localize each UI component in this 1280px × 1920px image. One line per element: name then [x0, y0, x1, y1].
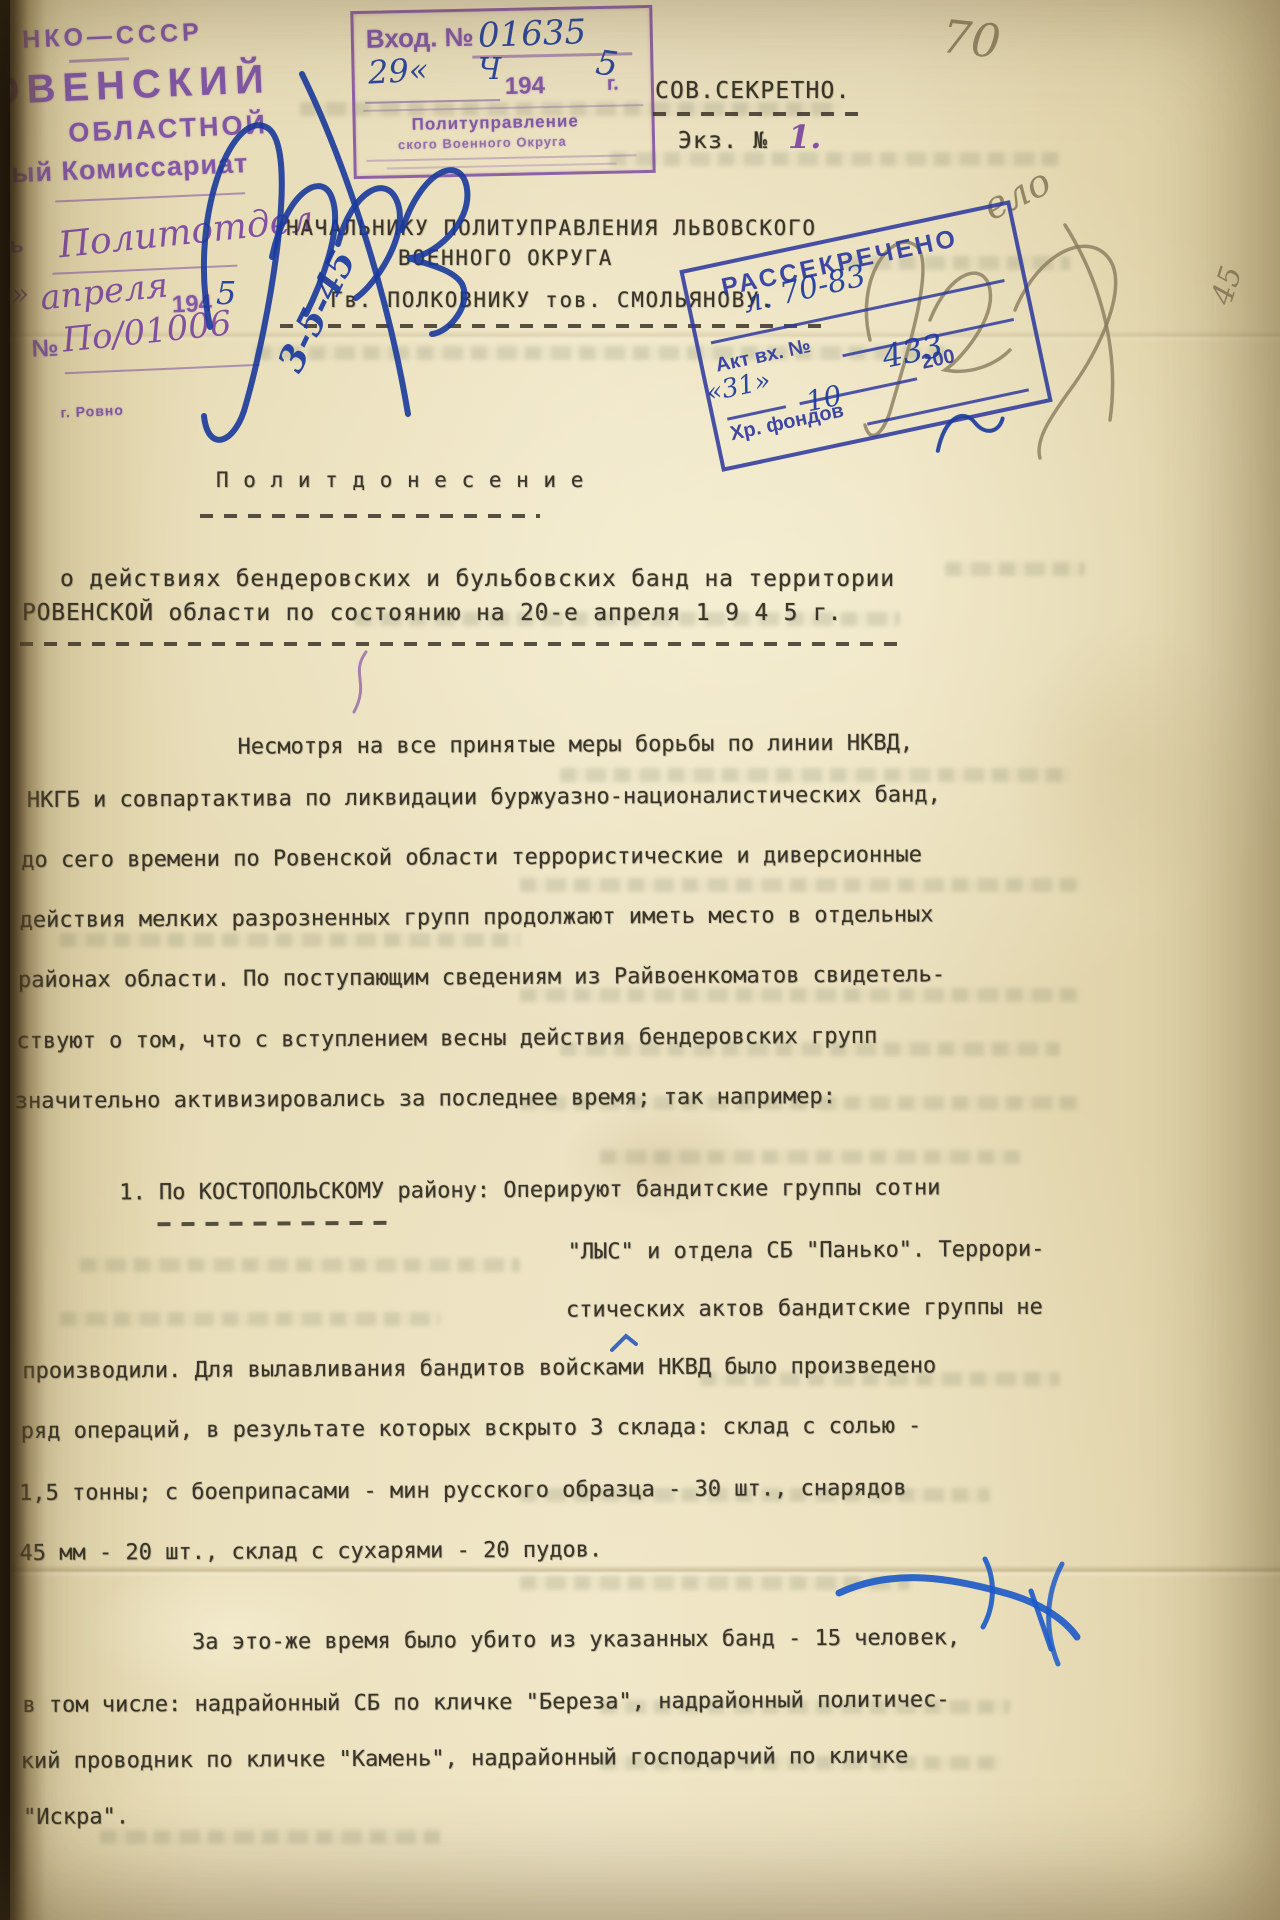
document-scan-page: НКО—СССР ОВЕНСКИЙ ОБЛАСТНОЙ ный Комиссар… [0, 0, 1280, 1920]
typed-line: производили. Для вылавливания бандитов в… [22, 1353, 936, 1384]
typed-line: Несмотря на все принятые меры борьбы по … [237, 731, 913, 760]
typed-line: НКГБ и совпартактива по ликвидации буржу… [27, 782, 941, 813]
typed-line: до сего времени по Ровенской области тер… [21, 843, 922, 874]
typed-line: стических актов бандитские группы не [566, 1295, 1043, 1323]
section-heading-underline [157, 1221, 392, 1226]
typed-line: 45 мм - 20 шт., склад с сухарями - 20 пу… [19, 1537, 602, 1566]
typed-line: 1,5 тонны; с боеприпасами - мин русского… [19, 1476, 907, 1506]
typed-line: кий проводник по кличке "Камень", надрай… [21, 1744, 909, 1774]
typed-line: ствуют о том, что с вступлением весны де… [16, 1024, 877, 1054]
body-text: Несмотря на все принятые меры борьбы по … [0, 0, 1280, 1920]
typed-line: "ЛЫС" и отдела СБ "Панько". Террори- [568, 1237, 1045, 1265]
typed-line: районах области. По поступающим сведения… [18, 962, 945, 993]
typed-line: в том числе: надрайонный СБ по кличке "Б… [22, 1687, 949, 1718]
typed-line: значительно активизировались за последне… [15, 1084, 836, 1114]
blue-pen-tick [610, 1332, 640, 1354]
blue-pen-hook [1032, 1560, 1082, 1670]
typed-line: действия мелких разрозненных групп продо… [20, 902, 934, 933]
section-heading: 1. По КОСТОПОЛЬСКОМУ району: Оперируют б… [119, 1175, 940, 1205]
typed-line: ряд операций, в результате которых вскры… [21, 1414, 922, 1445]
book-spine-edge [0, 0, 10, 1920]
